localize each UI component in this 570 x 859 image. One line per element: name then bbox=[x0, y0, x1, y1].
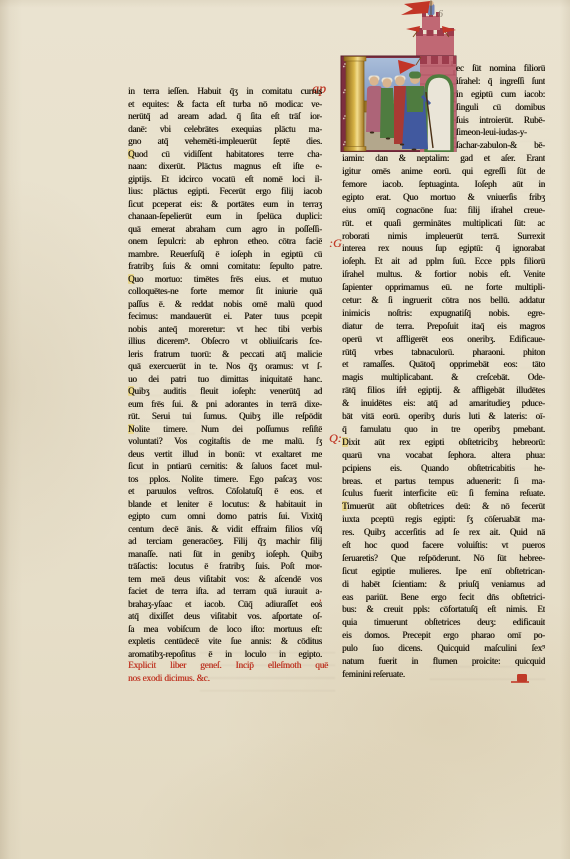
text-line: iamin: dan & neptalim: gad et aſer. Eran… bbox=[342, 152, 545, 165]
text-line: et ramaſſes. Quātoq̄ opprimebāt eos: t… bbox=[342, 358, 545, 371]
text-line: egipto erat. Quo mortuo & vniuerſis frib… bbox=[342, 191, 545, 204]
text-line: iſrahel: q̄ ingreſſi ſunt bbox=[456, 75, 545, 88]
text-line: rūt. Serui tui ſumus. Quibʒ ille reſpō… bbox=[128, 410, 322, 423]
text-line: leris fratrum tuorū: & peccati atq̄ mal… bbox=[128, 348, 322, 361]
text-line: tem meā deus viſitabit vos: & aſcendē … bbox=[128, 573, 322, 586]
text-line: colloquētes-ne forte memor ſit iniurie … bbox=[128, 285, 322, 298]
text-line: danē: vbi celebrātes exequias plāctu … bbox=[128, 123, 322, 136]
text-line: ſimeon-leui-iudas-y- bbox=[456, 126, 545, 139]
text-line: cetur: & ſi ingruerit cōtra nos bellū.… bbox=[342, 294, 545, 307]
text-line: interea rex nouus ſup egiptū: q̄ ignora… bbox=[342, 242, 545, 255]
text-line: nerūtq̄ ad aream adad. q̄ ſita eſt trā… bbox=[128, 110, 322, 123]
text-line: nobis anteq̄ moreretur: vt hec tibi verb… bbox=[128, 323, 322, 336]
text-line: igitur omēs anime eorū. qui egreſſi ſu… bbox=[342, 165, 545, 178]
right-text-column: ec ſūt nomina filiorūiſrahel: q̄ ingre… bbox=[342, 62, 545, 681]
text-line: aromatibʒ-repoſitus ē in loculo in egip… bbox=[128, 648, 322, 661]
text-line: eas pariūt. Bene ergo fecit dn̄s obſtet… bbox=[342, 591, 545, 604]
text-line: blande et leniter ē locutus: & habitaui… bbox=[128, 498, 322, 511]
banner-icon bbox=[401, 1, 430, 15]
text-line: fecimus: mandauerūt ei. Pater tuus pcep… bbox=[128, 310, 322, 323]
text-line: q̄ famulatu quo in tre operibʒ pmebant. bbox=[342, 423, 545, 436]
text-line: illius dicerem⁹. Obſecro vt obliuiſcaris… bbox=[128, 335, 322, 348]
chapter-mark-g: :G bbox=[329, 236, 342, 251]
text-line: ſapienter opprimamus eū. ne forte multi… bbox=[342, 281, 545, 294]
text-line: magis multiplicabant. & creſcebāt. Ode- bbox=[342, 371, 545, 384]
text-line: bāt vitā eorū. operibʒ duris luti & l… bbox=[342, 410, 545, 423]
text-line: deus vertit illud in bonū: vt exaltaret… bbox=[128, 448, 322, 461]
text-line: ſicut in pntiarū cernitis: & ſaluos fac… bbox=[128, 460, 322, 473]
text-line: iſrahel multus. & fortior nobis eſt. Ven… bbox=[342, 268, 545, 281]
text-line: ſinguli cū domibus bbox=[456, 101, 545, 114]
text-line: diatur de terra. Prepoſuit itaq̄ eis mag… bbox=[342, 320, 545, 333]
text-line: breas. et partus tempus aduenerit: ſi ma… bbox=[342, 475, 545, 488]
text-line: expletis centūdecē vite ſue annis: & c… bbox=[128, 635, 322, 648]
text-line: uo dei patri tuo dimittas iniquitatē ha… bbox=[128, 373, 322, 386]
text-line: voluntati? Vos cogitaſtis de me malū. ſ… bbox=[128, 435, 322, 448]
text-line: chanaan-ſepelierūt eum in ſpelūca dupl… bbox=[128, 210, 322, 223]
text-line: quā emerat abraham cum agro in poſſeſſi… bbox=[128, 223, 322, 236]
text-line: Timuerūt aūt obſtetrices deū: & nō f… bbox=[342, 500, 545, 513]
text-line: res. Quibʒ accerſitis ad ſe rex ait. Qui… bbox=[342, 526, 545, 539]
manuscript-page: 6 ap :G Q: ’ in terra ieſſen. Habuit q̄ʒ… bbox=[0, 0, 570, 859]
text-line: ſicut pceperat eis: & portātes eum in t… bbox=[128, 198, 322, 211]
text-line: pulo ſuo dicens. Quicquid maſculini ſex⁹ bbox=[342, 642, 545, 655]
text-line: natum fuerit in flumen proicite: quicqui… bbox=[342, 655, 545, 668]
text-line: onem ſepulcri: ab ephron etheo. cōtra f… bbox=[128, 235, 322, 248]
text-line: tos pplos. Nolite timere. Ego paſcaʒ vos… bbox=[128, 473, 322, 486]
text-line: inimicis noſtris: expugnatiſq̄ nobis. eg… bbox=[342, 307, 545, 320]
text-line: in egiptū cum iacob: bbox=[456, 88, 545, 101]
text-line: mambre. Reuerſuſq̄ ē ioſeph in egiptū … bbox=[128, 248, 322, 261]
text-line: & inuidētes eis: atq̄ ad amaritudieʒ pd… bbox=[342, 397, 545, 410]
text-line: eis domos. Precepit ergo pharao omī po- bbox=[342, 629, 545, 642]
text-line: ioſeph. Et ait ad pplm ſuū. Ecce ppls f… bbox=[342, 255, 545, 268]
text-line: feminini reſeruate. bbox=[342, 668, 545, 681]
text-line: eius omīq̄ cognacōne ſua: filij iſrahe… bbox=[342, 204, 545, 217]
text-line: femore iacob. ſeptuaginta. Ioſeph aūt i… bbox=[342, 178, 545, 191]
text-line: ad terciam generacōeʒ. Filij q̄ʒ machir… bbox=[128, 535, 322, 548]
text-line: brahaʒ-yſaac et iacob. Cūq̄ adiuraſſet … bbox=[128, 598, 322, 611]
text-line: Nolite timere. Num dei poſſumus reſiſtē bbox=[128, 423, 322, 436]
text-line: ſculus fuerit interficite eū: ſi femina… bbox=[342, 487, 545, 500]
text-line: iuxta pceptū regis egipti: ſʒ cōſeruab… bbox=[342, 513, 545, 526]
folio-mark: 6 bbox=[438, 9, 443, 20]
text-line: trāſactis: locutus ē fratribʒ ſuis. Po… bbox=[128, 560, 322, 573]
text-line: et equites: & facta eſt turba nō modica… bbox=[128, 98, 322, 111]
text-line: lius: plāctus egipti. Fecerūt ergo fil… bbox=[128, 185, 322, 198]
text-line: ſa mea vobiſcum de loco iſto: mortuus eſ… bbox=[128, 623, 322, 636]
text-line: gno atq̄ vehemēti-impleuerūt ſeptē di… bbox=[128, 135, 322, 148]
text-line: Quod cū vidiſſent habitatores terre cha… bbox=[128, 148, 322, 161]
text-line: et paruulos veſtros. Cōſolatuſq̄ ē eos… bbox=[128, 485, 322, 498]
left-text-column: in terra ieſſen. Habuit q̄ʒ in comitatu … bbox=[128, 85, 322, 660]
text-line: ſicut egiptie mulieres. Ipe enī obſtetr… bbox=[342, 565, 545, 578]
text-line: roborati nimis impleuerūt terrā. Surre… bbox=[342, 230, 545, 243]
text-line: rūt. et quaſi germinātes multiplicati … bbox=[342, 217, 545, 230]
text-line: naan: dixerūt. Plāctus magnus eſt iſte… bbox=[128, 160, 322, 173]
chapter-mark-q: Q: bbox=[329, 431, 342, 446]
text-line: quarū vna vocabat ſephora. altera phua: bbox=[342, 449, 545, 462]
text-line: quia timuerunt obſtetrices deuʒ: edifica… bbox=[342, 616, 545, 629]
text-line: rātq̄ filios iſrł egiptij. & affligebā… bbox=[342, 384, 545, 397]
text-line: Quo mortuo: timētes frēs eius. et mutu… bbox=[128, 273, 322, 286]
text-line: egipto cum omni domo patris ſui. Vixitq̄ bbox=[128, 510, 322, 523]
text-line: atq̄ dixiſſet deus viſitabit vos. aſport… bbox=[128, 610, 322, 623]
rubric-end-mark bbox=[517, 674, 527, 682]
text-line: paſſus ē. & reddat nobis omē malū quo… bbox=[128, 298, 322, 311]
text-line: faciet de terra iſta. ad terram quā iur… bbox=[128, 585, 322, 598]
text-line: Explicit liber geneſ. Incip̄ elleſmoth q… bbox=[128, 660, 328, 673]
rubric-explicit-incipit: Explicit liber geneſ. Incip̄ elleſmoth q… bbox=[128, 660, 328, 686]
text-line: centum decē ānis. & vidit effraim fili… bbox=[128, 523, 322, 536]
text-line: ſuis introierūt. Rubē- bbox=[456, 114, 545, 127]
text-line: bus: & creuit ppls: cōfortatuſq̄ eſt ni… bbox=[342, 603, 545, 616]
text-line: manaſſe. nati ſūt in genibʒ ioſeph. Qui… bbox=[128, 548, 322, 561]
text-line: Quibʒ auditis fleuit ioſeph: venerūtq̄ … bbox=[128, 385, 322, 398]
text-line: eum frēs ſui. & pni adorantes in terrā… bbox=[128, 398, 322, 411]
text-line: Dixit aūt rex egipti obſtetricibʒ hebre… bbox=[342, 436, 545, 449]
text-line: eſt hoc quod facere voluiſtis: vt pueros bbox=[342, 539, 545, 552]
text-line: pcipiens eis. Quando obſtetricabitis he- bbox=[342, 462, 545, 475]
text-line: quā exercuerūt in te. Nos q̄ʒ oramus: … bbox=[128, 360, 322, 373]
text-line: ſeruaretis? Que reſpōderunt. Nō ſūt h… bbox=[342, 552, 545, 565]
text-line: rūtq̄ vrbes tabnaculorū. pharaoni. phi… bbox=[342, 346, 545, 359]
text-line: nos exodi dicimus. &c. bbox=[128, 673, 328, 686]
text-line: giptijs. Et idcirco vocatū eſt nomē lo… bbox=[128, 173, 322, 186]
text-line: ſachar-zabulon-& bē- bbox=[456, 139, 545, 152]
text-line: operū vt affligerēt eos oneribʒ. Edifi… bbox=[342, 333, 545, 346]
text-line: in terra ieſſen. Habuit q̄ʒ in comitatu … bbox=[128, 85, 322, 98]
city-tower-icon bbox=[401, 1, 456, 57]
text-line: fratribʒ ſuis & omni comitatu: ſepulto p… bbox=[128, 260, 322, 273]
text-line: di habēt ſcientiam: & priuſq̄ veniamus … bbox=[342, 578, 545, 591]
text-line: ec ſūt nomina filiorū bbox=[456, 62, 545, 75]
